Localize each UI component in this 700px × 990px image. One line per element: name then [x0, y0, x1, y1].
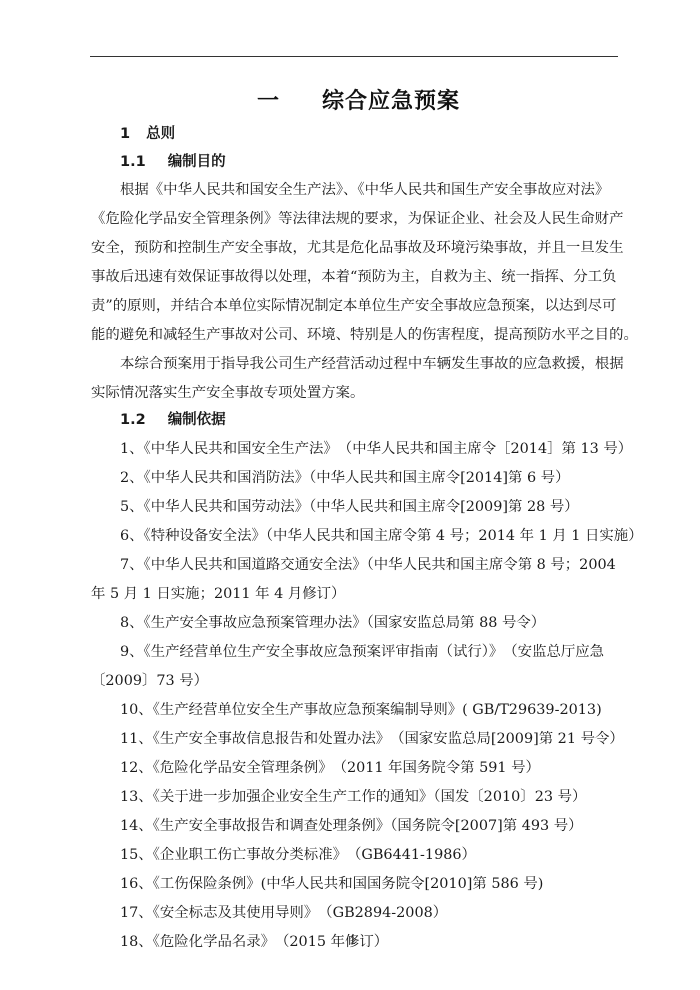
paragraph-line: 安全，预防和控制生产安全事故，尤其是危化品事故及环境污染事故，并且一旦发生: [91, 238, 623, 258]
paragraph-line: 责”的原则，并结合本单位实际情况制定本单位生产安全事故应急预案，以达到尽可: [91, 296, 616, 316]
list-item: 7、《中华人民共和国道路交通安全法》（中华人民共和国主席令第 8 号；2004: [120, 555, 616, 575]
paragraph-line: 根据《中华人民共和国安全生产法》、《中华人民共和国生产安全事故应对法》: [120, 180, 609, 200]
paragraph-line: 实际情况落实生产安全事故专项处置方案。: [91, 383, 364, 403]
list-item: 5、《中华人民共和国劳动法》（中华人民共和国主席令[2009]第 28 号）: [120, 497, 579, 517]
page-number: 1: [349, 933, 357, 947]
section-heading-1-2: 1.2编制依据: [120, 410, 226, 430]
paragraph-line: 本综合预案用于指导我公司生产经营活动过程中车辆发生事故的应急救援，根据: [120, 354, 624, 374]
list-item: 6、《特种设备安全法》（中华人民共和国主席令第 4 号；2014 年 1 月 1…: [120, 526, 643, 546]
list-item: 12、《危险化学品安全管理条例》 （2011 年国务院令第 591 号）: [120, 758, 540, 778]
section-heading-1-1: 1.1编制目的: [120, 152, 226, 172]
chapter-title-text: 综合应急预案: [322, 84, 460, 115]
paragraph-line: 事故后迅速有效保证事故得以处理，本着“预防为主，自救为主、统一指挥、分工负: [91, 267, 616, 287]
list-item-continuation: 〔2009〕73 号）: [91, 671, 208, 691]
section-number: 1: [120, 126, 130, 142]
list-item: 2、《中华人民共和国消防法》（中华人民共和国主席令[2014]第 6 号）: [120, 468, 569, 488]
section-number: 1.1: [120, 154, 146, 170]
section-heading-1: 1总则: [120, 124, 175, 144]
header-rule: [90, 56, 618, 57]
section-title: 编制目的: [168, 154, 226, 170]
list-item: 14、《生产安全事故报告和调查处理条例》（国务院令[2007]第 493 号）: [120, 816, 583, 836]
list-item: 16、《工伤保险条例》(中华人民共和国国务院令[2010]第 586 号): [120, 874, 543, 894]
list-item: 13、《关于进一步加强企业安全生产工作的通知》（国发〔2010〕23 号）: [120, 787, 586, 807]
list-item: 11、《生产安全事故信息报告和处置办法》 （国家安监总局[2009]第 21 号…: [120, 729, 624, 749]
section-number: 1.2: [120, 412, 146, 428]
section-title: 总则: [146, 126, 175, 142]
list-item: 10、《生产经营单位安全生产事故应急预案编制导则》( GB/T29639-201…: [120, 700, 602, 720]
section-title: 编制依据: [168, 412, 226, 428]
list-item: 9、《生产经营单位生产安全事故应急预案评审指南（试行）》 （安监总厅应急: [120, 642, 604, 662]
list-item: 15、《企业职工伤亡事故分类标准》 （GB6441-1986）: [120, 845, 476, 865]
paragraph-line: 能的避免和减轻生产事故对公司、环境、特别是人的伤害程度，提高预防水平之目的。: [91, 325, 638, 345]
list-item: 8、《生产安全事故应急预案管理办法》（国家安监总局第 88 号令）: [120, 613, 545, 633]
list-item: 1、《中华人民共和国安全生产法》 （中华人民共和国主席令［2014］第 13 号…: [120, 439, 632, 459]
chapter-number: 一: [257, 84, 279, 115]
paragraph-line: 《危险化学品安全管理条例》等法律法规的要求，为保证企业、社会及人民生命财产: [91, 209, 623, 229]
list-item-continuation: 年 5 月 1 日实施；2011 年 4 月修订）: [91, 584, 345, 604]
list-item: 17、《安全标志及其使用导则》 （GB2894-2008）: [120, 903, 447, 923]
list-item: 18、《危险化学品名录》 （2015 年修订）: [120, 932, 388, 952]
